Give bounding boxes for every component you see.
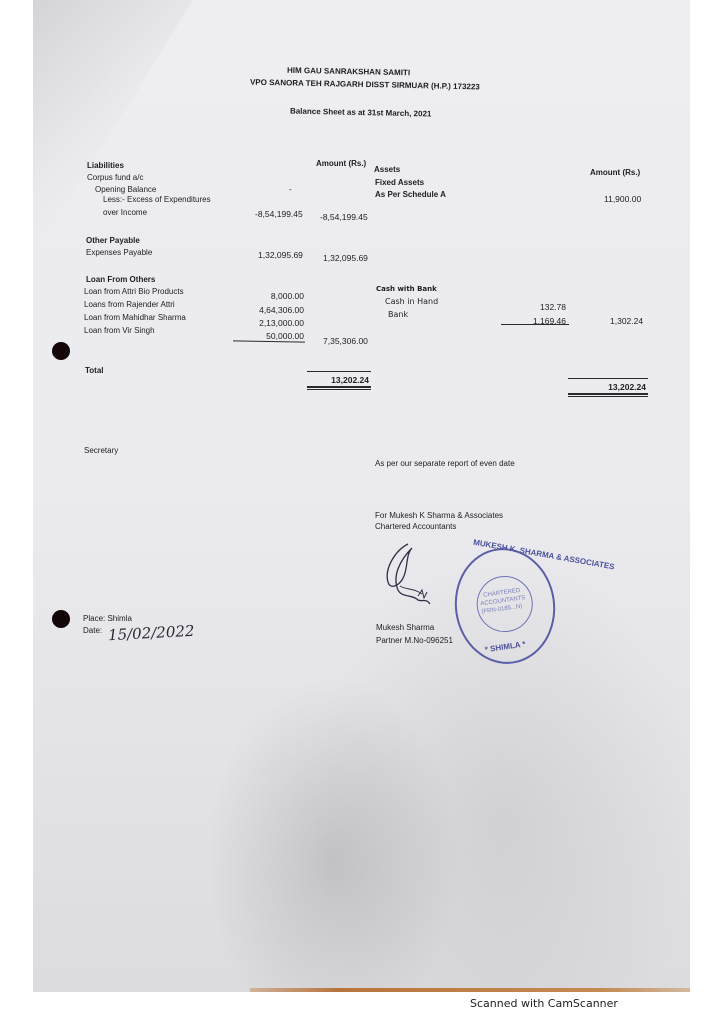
cash-in-hand-value: 132.78 <box>520 302 566 312</box>
punch-hole-bottom <box>52 610 70 628</box>
loan-rajender-value: 4,64,306.00 <box>240 305 304 315</box>
liabilities-heading: Liabilities <box>87 161 124 170</box>
excess-expenditure-label: Less:- Excess of Expenditures <box>103 195 211 204</box>
expenses-payable-value: 1,32,095.69 <box>258 250 303 260</box>
page-fold-shadow <box>33 0 193 260</box>
page-bottom-edge <box>250 988 690 992</box>
liabilities-total-rule-top <box>307 371 371 372</box>
loan-mahidhar-label: Loan from Mahidhar Sharma <box>84 313 186 322</box>
partner-membership: Partner M.No-096251 <box>376 636 453 645</box>
loans-total: 7,35,306.00 <box>323 336 368 346</box>
corpus-fund-total: -8,54,199.45 <box>320 212 368 222</box>
assets-total-value: 13,202.24 <box>568 382 646 392</box>
cash-with-bank-heading: Cash with Bank <box>376 285 437 293</box>
other-payable-heading: Other Payable <box>86 236 140 245</box>
loan-attri-bio-value: 8,000.00 <box>240 291 304 301</box>
liabilities-amount-heading: Amount (Rs.) <box>316 159 366 168</box>
excess-expenditure-value: -8,54,199.45 <box>255 209 303 219</box>
cash-total: 1,302.24 <box>610 316 643 326</box>
bank-label: Bank <box>388 310 408 319</box>
opening-balance-label: Opening Balance <box>95 185 156 194</box>
punch-hole-top <box>52 342 70 360</box>
cash-subtotal-rule <box>501 324 569 325</box>
excess-expenditure-label-2: over Income <box>103 208 147 217</box>
auditor-signature <box>378 540 438 612</box>
loan-mahidhar-value: 2,13,000.00 <box>240 318 304 328</box>
firm-name: For Mukesh K Sharma & Associates <box>375 511 503 520</box>
loans-heading: Loan From Others <box>86 275 155 284</box>
loan-rajender-label: Loans from Rajender Attri <box>84 300 175 309</box>
report-note: As per our separate report of even date <box>375 459 515 468</box>
place-label: Place: Shimla <box>83 614 132 623</box>
schedule-a-label: As Per Schedule A <box>375 190 446 199</box>
date-label: Date: <box>83 626 102 635</box>
corpus-fund-label: Corpus fund a/c <box>87 173 143 182</box>
assets-total-rule-bottom-2 <box>568 396 648 397</box>
partner-name: Mukesh Sharma <box>376 623 434 632</box>
liabilities-total-rule-bottom-2 <box>307 389 371 390</box>
assets-total-rule-top <box>568 378 648 379</box>
scanned-page <box>33 0 690 992</box>
liabilities-total-rule-bottom <box>307 386 371 388</box>
liabilities-total-value: 13,202.24 <box>307 375 369 385</box>
expenses-payable-label: Expenses Payable <box>86 248 152 257</box>
loan-vir-singh-value: 50,000.00 <box>240 331 304 341</box>
loan-attri-bio-label: Loan from Attri Bio Products <box>84 287 184 296</box>
assets-total-rule-bottom <box>568 393 648 395</box>
opening-balance-value: - <box>289 185 292 194</box>
stamp-bottom-text: * SHIMLA * <box>484 640 526 655</box>
loan-vir-singh-label: Loan from Vir Singh <box>84 326 155 335</box>
camscanner-watermark: Scanned with CamScanner <box>470 997 618 1010</box>
firm-designation: Chartered Accountants <box>375 522 456 531</box>
fixed-assets-value: 11,900.00 <box>604 194 641 204</box>
cash-in-hand-label: Cash in Hand <box>385 297 438 306</box>
total-label: Total <box>85 366 104 375</box>
fixed-assets-heading: Fixed Assets <box>375 178 424 187</box>
other-payable-total: 1,32,095.69 <box>323 253 368 263</box>
secretary-label: Secretary <box>84 446 118 455</box>
assets-heading: Assets <box>374 165 400 174</box>
assets-amount-heading: Amount (Rs.) <box>590 168 640 177</box>
